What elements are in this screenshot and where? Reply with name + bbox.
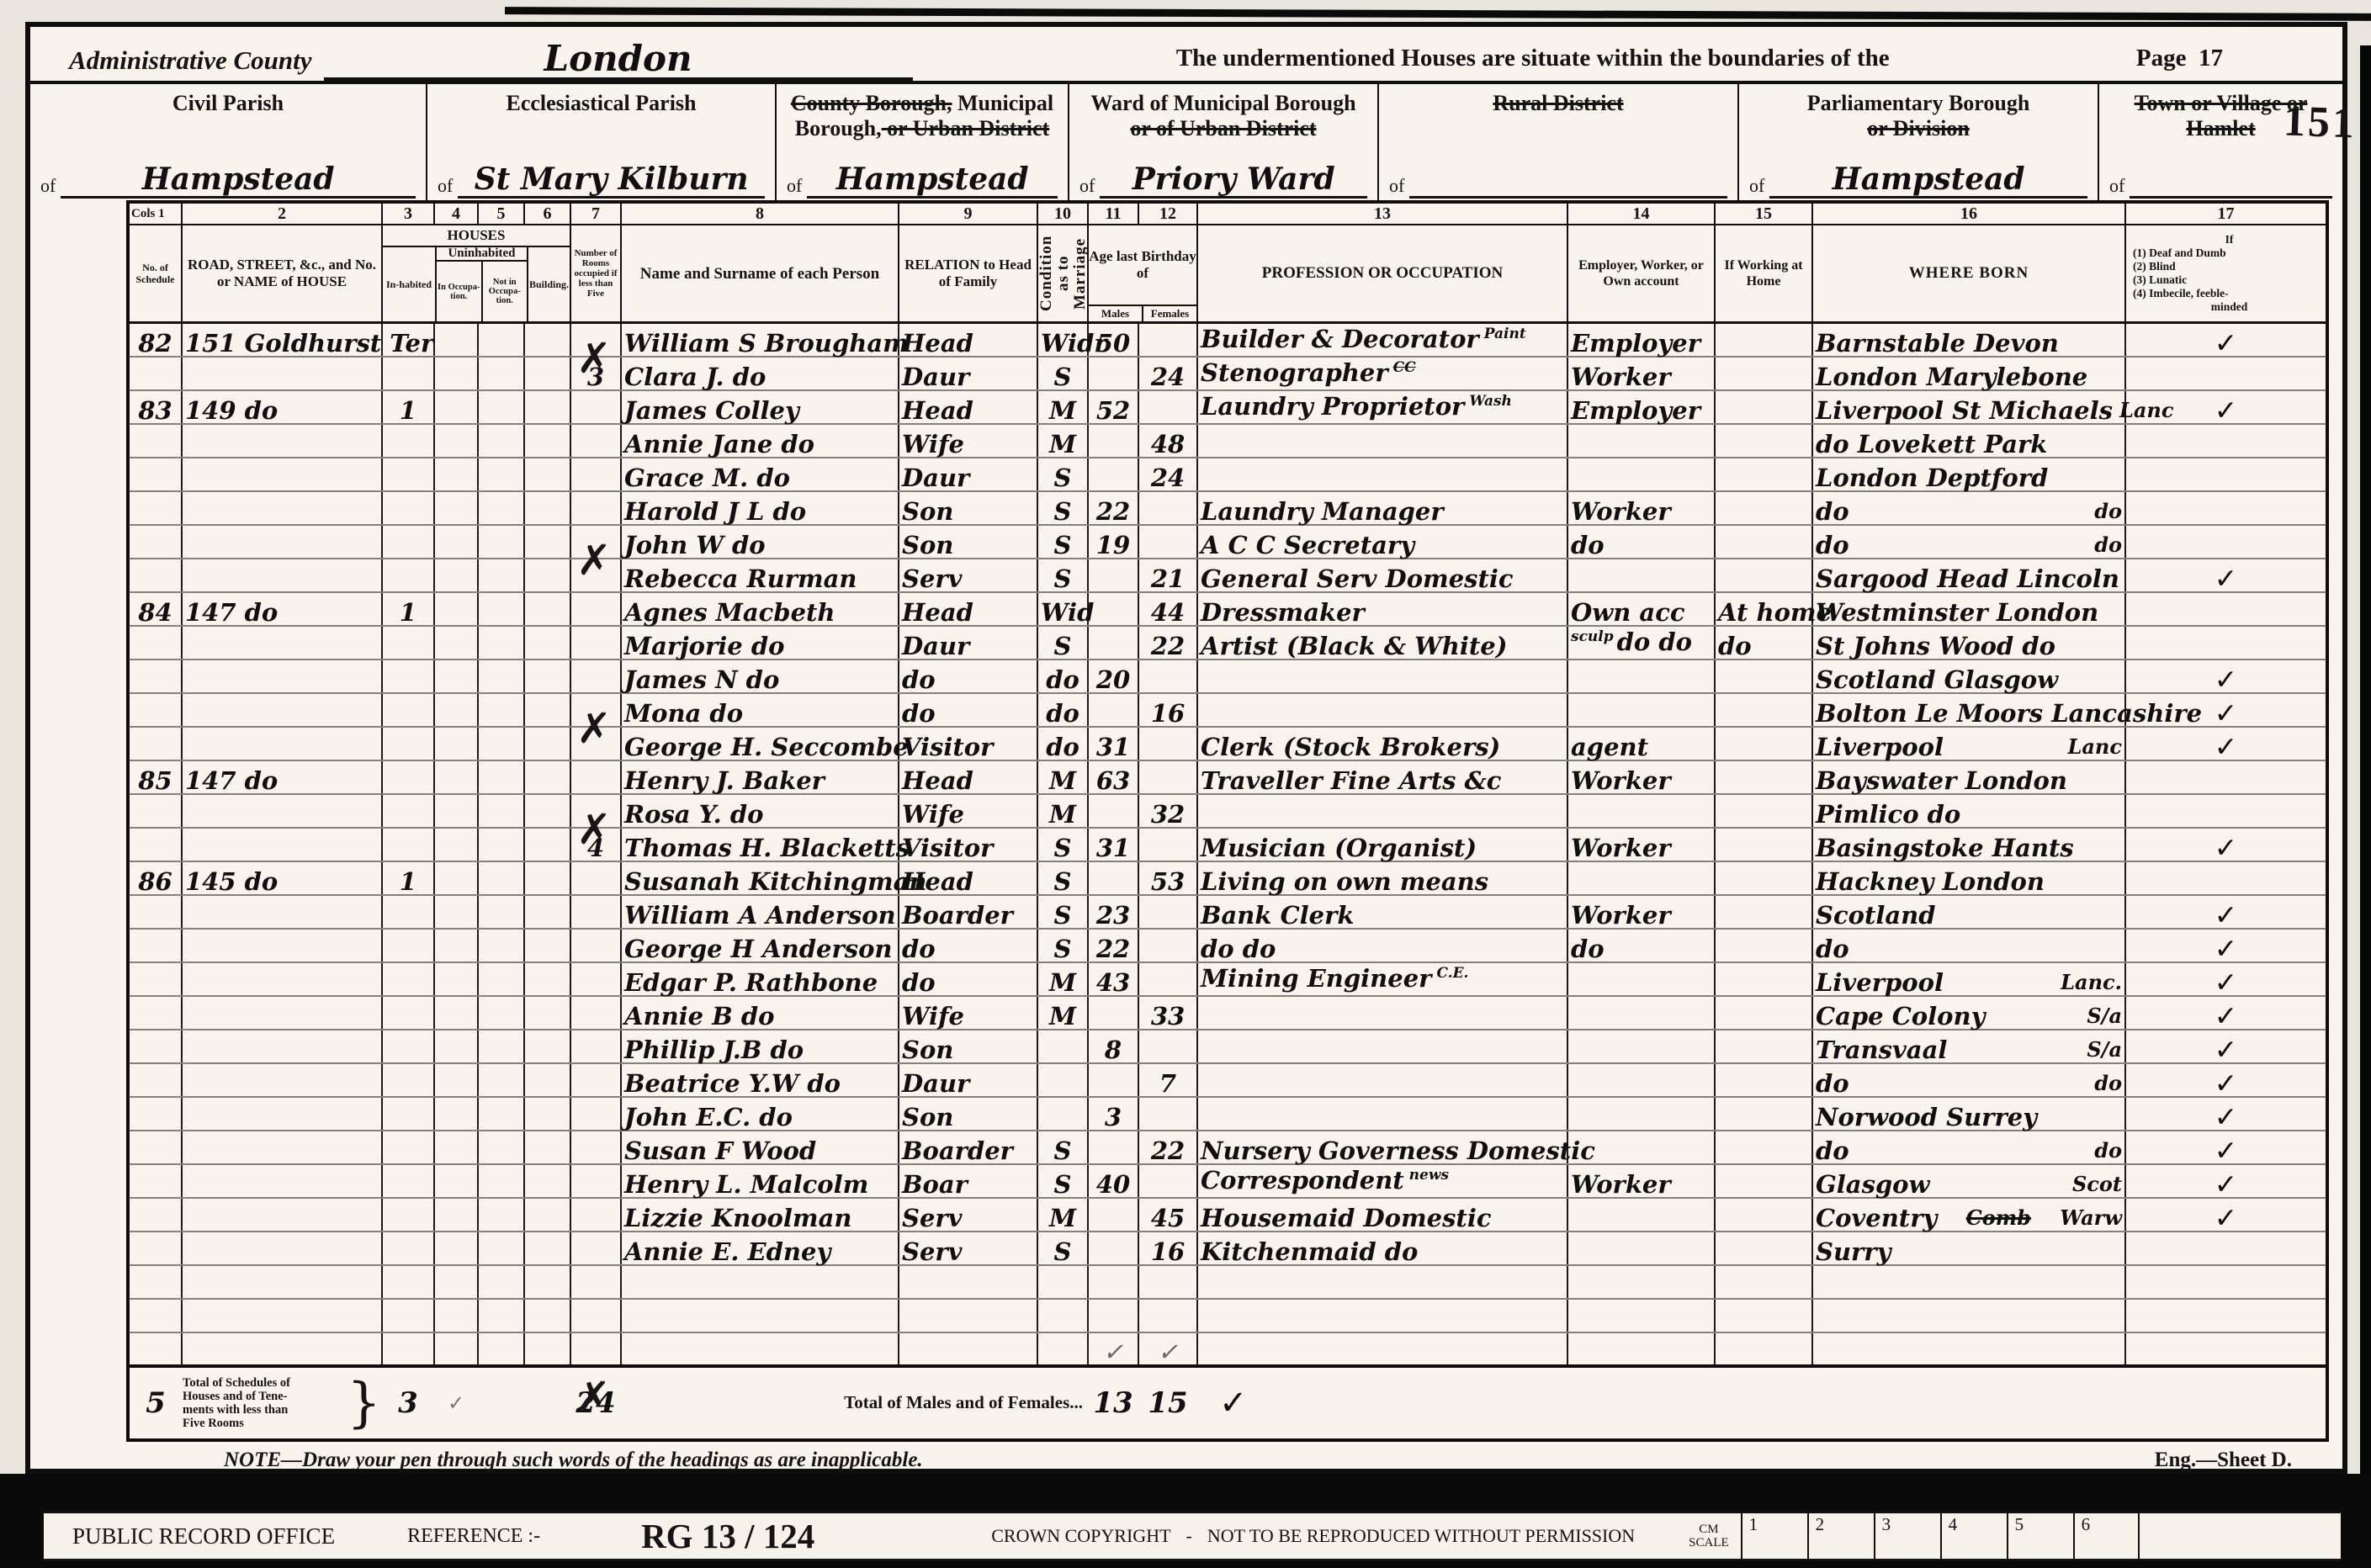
- cell-condition: S: [1037, 1164, 1088, 1198]
- cell-inhabited: [382, 794, 434, 828]
- profession-note: news: [1409, 1167, 1449, 1184]
- cell-building: [524, 525, 570, 559]
- cell-at_home: [1715, 895, 1812, 929]
- col-num-17: 17: [2125, 202, 2327, 225]
- cell-not_occ: [478, 760, 524, 794]
- cell-building: [524, 390, 570, 424]
- cell-age_m: 40: [1088, 1164, 1138, 1198]
- profession-note: Wash: [1469, 393, 1512, 410]
- cell-profession: [1197, 996, 1567, 1030]
- footer-copyright: CROWN COPYRIGHT: [991, 1525, 1170, 1547]
- born-place: Basingstoke Hants: [1816, 835, 2074, 861]
- born-line: Scotland: [1816, 903, 2122, 928]
- cell-at_home: [1715, 424, 1812, 458]
- cell-in_occ: [434, 1198, 478, 1232]
- cell-building: [524, 491, 570, 525]
- cell-age_m: 3: [1088, 1097, 1138, 1131]
- born-line: CoventryCombWarw: [1816, 1205, 2122, 1231]
- profession-text: Bank Clerk: [1201, 901, 1355, 930]
- cell-profession: Musician (Organist): [1197, 828, 1567, 861]
- cell-rooms: [570, 1097, 621, 1131]
- district-value: Hampstead: [61, 162, 416, 199]
- district-row: Civil ParishofHampsteadEcclesiastical Pa…: [30, 81, 2342, 200]
- ruler-tick: 4: [1940, 1513, 2007, 1559]
- cell-inhabited: [382, 525, 434, 559]
- cell-relation: Daur: [899, 1063, 1037, 1097]
- cell-address: [182, 1164, 382, 1198]
- cell-relation: Wife: [899, 424, 1037, 458]
- cell-inhabited: [382, 323, 434, 357]
- cell-born: Surry: [1812, 1232, 2125, 1265]
- cell-schedule: 83: [128, 390, 182, 424]
- cell-address: [182, 828, 382, 861]
- district-value-row: ofHampstead: [40, 162, 416, 199]
- cell-name: Mona do: [621, 693, 899, 727]
- cell-in_occ: [434, 1232, 478, 1265]
- cell-born: Basingstoke Hants: [1812, 828, 2125, 861]
- table-row: William A AndersonBoarderS23Bank ClerkWo…: [128, 895, 2327, 929]
- district-value: St Mary Kilburn: [458, 162, 765, 199]
- cell-at_home: [1715, 323, 1812, 357]
- cell-address: [182, 660, 382, 693]
- born-place: Westminster London: [1816, 600, 2098, 625]
- cell-schedule: [128, 626, 182, 660]
- cell-not_occ: [478, 727, 524, 760]
- cell-not_occ: [478, 1232, 524, 1265]
- cell-check: ✓: [2125, 1063, 2327, 1097]
- header-males: Males: [1089, 306, 1142, 321]
- cell-age_m: [1088, 1232, 1138, 1265]
- cell-check: ✓: [2125, 996, 2327, 1030]
- district-label: Parliamentary Boroughor Division: [1749, 91, 2087, 141]
- cell-age_m: 19: [1088, 525, 1138, 559]
- born-place: Liverpool: [1816, 970, 1944, 995]
- brace-glyph: }: [347, 1372, 381, 1434]
- cell-relation: Boar: [899, 1164, 1037, 1198]
- born-line: Liverpool St MichaelsLanc: [1816, 398, 2122, 423]
- ruler-tick: 2: [1807, 1513, 1874, 1559]
- cell-not_occ: [478, 424, 524, 458]
- footer-reference-label: REFERENCE :-: [407, 1525, 540, 1548]
- cell-rooms: [570, 390, 621, 424]
- cell-age_f: [1138, 760, 1197, 794]
- born-line: Sargood Head Lincoln: [1816, 566, 2122, 591]
- col-num-6: 6: [524, 202, 570, 225]
- table-row: [128, 1299, 2327, 1332]
- born-place: do: [1816, 1071, 1849, 1096]
- cell-not_occ: [478, 828, 524, 861]
- cell-not_occ: [478, 592, 524, 626]
- cell-at_home: [1715, 1332, 1812, 1366]
- cell-age_f: [1138, 660, 1197, 693]
- cell-inhabited: [382, 1063, 434, 1097]
- header-profession: PROFESSION OR OCCUPATION: [1197, 225, 1567, 323]
- cell-in_occ: [434, 828, 478, 861]
- born-line: St Johns Wood do: [1816, 633, 2122, 659]
- cell-inhabited: [382, 693, 434, 727]
- cell-schedule: [128, 895, 182, 929]
- cell-relation: Wife: [899, 794, 1037, 828]
- cell-inhabited: [382, 962, 434, 996]
- cell-born: Bolton Le Moors Lancashire: [1812, 693, 2125, 727]
- district-label-part: Town or Village or Hamlet: [2135, 91, 2308, 140]
- cell-profession: Builder & DecoratorPaint: [1197, 323, 1567, 357]
- cell-not_occ: [478, 996, 524, 1030]
- cell-rooms: [570, 929, 621, 962]
- situate-statement: The undermentioned Houses are situate wi…: [913, 45, 2136, 81]
- cell-born: [1812, 1265, 2125, 1299]
- cell-age_f: 33: [1138, 996, 1197, 1030]
- footer-cm-ruler: 1 2 3 4 5 6: [1741, 1513, 2140, 1559]
- footer-scale-label: CM SCALE: [1689, 1523, 1729, 1549]
- employer-text: Employer: [1571, 329, 1700, 358]
- born-line: LiverpoolLanc.: [1816, 970, 2122, 995]
- cell-check: [2125, 592, 2327, 626]
- cell-profession: Traveller Fine Arts &c: [1197, 760, 1567, 794]
- cell-inhabited: [382, 1332, 434, 1366]
- census-scan-page: Administrative County London The underme…: [0, 0, 2371, 1568]
- header-road: ROAD, STREET, &c., and No. or NAME of HO…: [182, 225, 382, 323]
- cell-employer: [1567, 424, 1715, 458]
- cell-profession: [1197, 424, 1567, 458]
- cell-address: [182, 357, 382, 390]
- employer-text: do do: [1617, 628, 1692, 656]
- cell-rooms: [570, 895, 621, 929]
- born-place: do: [1816, 499, 1849, 524]
- cell-age_m: 52: [1088, 390, 1138, 424]
- cell-employer: [1567, 861, 1715, 895]
- profession-text: Musician (Organist): [1201, 834, 1477, 862]
- cell-employer: Employer: [1567, 390, 1715, 424]
- cell-not_occ: [478, 1299, 524, 1332]
- cell-address: [182, 929, 382, 962]
- cell-age_m: 23: [1088, 895, 1138, 929]
- district-value: [1409, 162, 1727, 199]
- cell-born: do Lovekett Park: [1812, 424, 2125, 458]
- cell-relation: Son: [899, 491, 1037, 525]
- cell-age_f: [1138, 895, 1197, 929]
- cell-not_occ: [478, 626, 524, 660]
- cell-at_home: [1715, 727, 1812, 760]
- footer-office: PUBLIC RECORD OFFICE: [72, 1523, 335, 1549]
- totals-row: 5 Total of Schedules of Houses and of Te…: [128, 1366, 2327, 1440]
- cell-condition: S: [1037, 458, 1088, 491]
- cell-inhabited: [382, 1097, 434, 1131]
- cell-in_occ: [434, 693, 478, 727]
- col-num-4: 4: [434, 202, 478, 225]
- cell-relation: [899, 1332, 1037, 1366]
- district-label-part: or Division: [1867, 116, 1970, 140]
- cell-name: Grace M. do: [621, 458, 899, 491]
- cell-at_home: [1715, 1063, 1812, 1097]
- cell-schedule: [128, 1232, 182, 1265]
- cell-profession: [1197, 1097, 1567, 1131]
- district-label-part: Civil Parish: [172, 91, 284, 115]
- cell-age_m: [1088, 1063, 1138, 1097]
- footer-notice: NOT TO BE REPRODUCED WITHOUT PERMISSION: [1207, 1525, 1635, 1547]
- born-line: London Deptford: [1816, 465, 2122, 490]
- cell-address: [182, 1097, 382, 1131]
- cell-building: [524, 996, 570, 1030]
- table-row: 86145 do1Susanah KitchingmanHeadS53Livin…: [128, 861, 2327, 895]
- column-header-row: No. of Schedule ROAD, STREET, &c., and N…: [128, 225, 2327, 323]
- table-row: ✗George H. SeccombeVisitordo31Clerk (Sto…: [128, 727, 2327, 760]
- cell-age_f: 48: [1138, 424, 1197, 458]
- cell-rooms: [570, 1164, 621, 1198]
- born-place: do: [1816, 1138, 1849, 1163]
- cell-not_occ: [478, 1131, 524, 1164]
- cell-address: [182, 458, 382, 491]
- cell-age_m: ✓: [1088, 1332, 1138, 1366]
- footer-reference-number: RG 13 / 124: [641, 1516, 814, 1556]
- cell-profession: Correspondentnews: [1197, 1164, 1567, 1198]
- of-label: of: [1079, 175, 1100, 199]
- district-label-part: Parliamentary Borough: [1807, 91, 2030, 115]
- cell-in_occ: [434, 626, 478, 660]
- cell-in_occ: [434, 1299, 478, 1332]
- profession-text: Artist (Black & White): [1201, 632, 1507, 660]
- total-inhabited: 3: [382, 1366, 434, 1440]
- born-place: Norwood Surrey: [1816, 1104, 2037, 1130]
- cell-in_occ: [434, 794, 478, 828]
- cell-name: James Colley: [621, 390, 899, 424]
- cell-age_f: [1138, 929, 1197, 962]
- header-houses: HOUSES: [383, 225, 570, 247]
- cell-address: 149 do: [182, 390, 382, 424]
- cell-schedule: [128, 1131, 182, 1164]
- born-line: London Marylebone: [1816, 364, 2122, 389]
- of-label: of: [787, 175, 807, 199]
- district-value-row: of: [2109, 162, 2332, 199]
- table-row: James N dododo20Scotland Glasgow✓: [128, 660, 2327, 693]
- born-struck: Comb: [1966, 1205, 2031, 1231]
- table-row: Lizzie KnoolmanServM45Housemaid Domestic…: [128, 1198, 2327, 1232]
- cell-employer: [1567, 1332, 1715, 1366]
- cell-employer: Worker: [1567, 895, 1715, 929]
- cell-name: John W do: [621, 525, 899, 559]
- born-place: Surry: [1816, 1239, 1891, 1264]
- cell-profession: General Serv Domestic: [1197, 559, 1567, 592]
- cell-address: 147 do: [182, 760, 382, 794]
- admin-county-value: London: [544, 38, 692, 79]
- cell-building: [524, 626, 570, 660]
- cell-rooms: 3✗: [570, 357, 621, 390]
- cell-in_occ: [434, 458, 478, 491]
- table-row: Marjorie doDaurS22Artist (Black & White)…: [128, 626, 2327, 660]
- cell-condition: S: [1037, 357, 1088, 390]
- cell-profession: [1197, 458, 1567, 491]
- cell-name: Henry L. Malcolm: [621, 1164, 899, 1198]
- cell-employer: [1567, 1299, 1715, 1332]
- header-schedule: No. of Schedule: [128, 225, 182, 323]
- cell-name: George H Anderson: [621, 929, 899, 962]
- district-value-row: ofSt Mary Kilburn: [438, 162, 765, 199]
- employer-text: Own acc: [1571, 598, 1685, 627]
- cell-schedule: [128, 794, 182, 828]
- rooms-value: 4: [587, 834, 604, 862]
- table-row: Annie Jane doWifeM48do Lovekett Park: [128, 424, 2327, 458]
- cell-inhabited: 1: [382, 592, 434, 626]
- cell-age_m: 63: [1088, 760, 1138, 794]
- cell-address: [182, 1030, 382, 1063]
- cell-inhabited: [382, 760, 434, 794]
- district-label-part: or of Urban District: [1130, 116, 1316, 140]
- cell-check: [2125, 794, 2327, 828]
- cell-check: ✓: [2125, 828, 2327, 861]
- cell-schedule: [128, 1265, 182, 1299]
- total-females: 15: [1138, 1366, 1197, 1440]
- district-value-row: ofPriory Ward: [1079, 162, 1367, 199]
- cell-condition: do: [1037, 727, 1088, 760]
- total-males-females-label: Total of Males and of Females...: [621, 1366, 1088, 1440]
- page-number: Page 17: [2136, 45, 2322, 81]
- cell-relation: Head: [899, 592, 1037, 626]
- cell-check: [2125, 1332, 2327, 1366]
- col-num-2: 2: [182, 202, 382, 225]
- cell-age_m: [1088, 1265, 1138, 1299]
- cell-address: [182, 626, 382, 660]
- cell-condition: S: [1037, 929, 1088, 962]
- cell-employer: Worker: [1567, 491, 1715, 525]
- district-label-part: Ecclesiastical Parish: [506, 91, 696, 115]
- cell-age_m: [1088, 458, 1138, 491]
- cell-born: Westminster London: [1812, 592, 2125, 626]
- cell-building: [524, 323, 570, 357]
- cell-age_f: [1138, 962, 1197, 996]
- employer-text: do: [1571, 935, 1605, 963]
- employer-text: agent: [1571, 733, 1648, 761]
- cell-address: [182, 1299, 382, 1332]
- district-value-row: ofHampstead: [1749, 162, 2087, 199]
- cell-condition: M: [1037, 1198, 1088, 1232]
- profession-text: Housemaid Domestic: [1201, 1204, 1492, 1232]
- table-row: 84147 do1Agnes MacbethHeadWid44Dressmake…: [128, 592, 2327, 626]
- cell-age_m: [1088, 693, 1138, 727]
- cell-profession: Mining EngineerC.E.: [1197, 962, 1567, 996]
- cell-name: James N do: [621, 660, 899, 693]
- cell-check: [2125, 424, 2327, 458]
- cell-schedule: [128, 357, 182, 390]
- table-row: Mona dododo16Bolton Le Moors Lancashire✓: [128, 693, 2327, 727]
- cell-condition: [1037, 1332, 1088, 1366]
- table-row: George H AndersondoS22do dododo✓: [128, 929, 2327, 962]
- cell-born: GlasgowScot: [1812, 1164, 2125, 1198]
- cell-not_occ: [478, 660, 524, 693]
- employer-text: Worker: [1571, 901, 1671, 930]
- cell-schedule: [128, 1198, 182, 1232]
- cell-age_f: [1138, 390, 1197, 424]
- cell-relation: do: [899, 660, 1037, 693]
- cell-building: [524, 1198, 570, 1232]
- cell-building: [524, 760, 570, 794]
- cell-at_home: [1715, 559, 1812, 592]
- cell-condition: Widr: [1037, 323, 1088, 357]
- cell-in_occ: [434, 1030, 478, 1063]
- cell-born: dodo: [1812, 1131, 2125, 1164]
- cell-at_home: [1715, 1299, 1812, 1332]
- cell-born: St Johns Wood do: [1812, 626, 2125, 660]
- born-county-note: S/a: [2087, 1004, 2122, 1029]
- cell-schedule: [128, 1063, 182, 1097]
- table-row: Grace M. doDaurS24London Deptford: [128, 458, 2327, 491]
- cell-check: ✓: [2125, 895, 2327, 929]
- district-label-part: Ward of Municipal Borough: [1090, 91, 1355, 115]
- cell-name: Rosa Y. do: [621, 794, 899, 828]
- cell-name: Edgar P. Rathbone: [621, 962, 899, 996]
- cell-name: Agnes Macbeth: [621, 592, 899, 626]
- cell-born: TransvaalS/a: [1812, 1030, 2125, 1063]
- cell-rooms: [570, 1265, 621, 1299]
- cell-relation: Son: [899, 1030, 1037, 1063]
- cell-age_f: 53: [1138, 861, 1197, 895]
- born-county-note: do: [2094, 1071, 2122, 1096]
- cell-in_occ: [434, 996, 478, 1030]
- header-rooms: Number of Rooms occupied if less than Fi…: [570, 225, 621, 323]
- born-place: do: [1816, 936, 1849, 961]
- cell-rooms: ✗: [570, 727, 621, 760]
- born-line: Westminster London: [1816, 600, 2122, 625]
- cell-building: [524, 458, 570, 491]
- of-label: of: [2109, 175, 2130, 199]
- born-county-note: Scot: [2072, 1172, 2122, 1197]
- cell-rooms: [570, 424, 621, 458]
- cell-age_f: 16: [1138, 1232, 1197, 1265]
- born-place: Scotland Glasgow: [1816, 667, 2058, 692]
- cell-schedule: 82: [128, 323, 182, 357]
- cell-in_occ: [434, 1332, 478, 1366]
- district-value: [2130, 162, 2332, 199]
- col-num-13: 13: [1197, 202, 1567, 225]
- cell-age_f: [1138, 1097, 1197, 1131]
- cell-relation: Head: [899, 390, 1037, 424]
- cell-name: Thomas H. Blacketts: [621, 828, 899, 861]
- cell-condition: S: [1037, 491, 1088, 525]
- profession-text: Laundry Proprietor: [1201, 392, 1464, 421]
- cell-inhabited: [382, 1131, 434, 1164]
- born-line: Cape ColonyS/a: [1816, 1004, 2122, 1029]
- cell-born: LiverpoolLanc.: [1812, 962, 2125, 996]
- table-row: Susan F WoodBoarderS22Nursery Governess …: [128, 1131, 2327, 1164]
- cell-schedule: [128, 727, 182, 760]
- born-line: Basingstoke Hants: [1816, 835, 2122, 861]
- cell-condition: do: [1037, 693, 1088, 727]
- profession-text: Living on own means: [1201, 867, 1488, 896]
- cell-not_occ: [478, 1198, 524, 1232]
- district-label-part: Municipal: [952, 91, 1054, 115]
- cell-inhabited: [382, 929, 434, 962]
- cell-profession: StenographerCC: [1197, 357, 1567, 390]
- born-line: do: [1816, 936, 2122, 961]
- census-table-wrap: Cols 1 2 3 4 5 6 7 8 9 10 11 12 13 14: [126, 200, 2342, 1442]
- born-place: do: [1816, 532, 1849, 558]
- cell-age_f: [1138, 323, 1197, 357]
- cell-age_m: 31: [1088, 727, 1138, 760]
- cell-inhabited: [382, 1164, 434, 1198]
- cell-name: Susanah Kitchingman: [621, 861, 899, 895]
- cell-schedule: [128, 693, 182, 727]
- cell-address: [182, 1198, 382, 1232]
- born-line: Surry: [1816, 1239, 2122, 1264]
- cell-age_f: [1138, 1299, 1197, 1332]
- district-value: Priory Ward: [1100, 162, 1367, 199]
- table-row: 4✗Thomas H. BlackettsVisitorS31Musician …: [128, 828, 2327, 861]
- cell-building: [524, 1232, 570, 1265]
- district-label-part: County Borough,: [791, 91, 952, 115]
- cell-condition: [1037, 1299, 1088, 1332]
- cell-rooms: ✗: [570, 559, 621, 592]
- table-row: 82151 Goldhurst TerWilliam S BroughamHea…: [128, 323, 2327, 357]
- born-line: dodo: [1816, 1071, 2122, 1096]
